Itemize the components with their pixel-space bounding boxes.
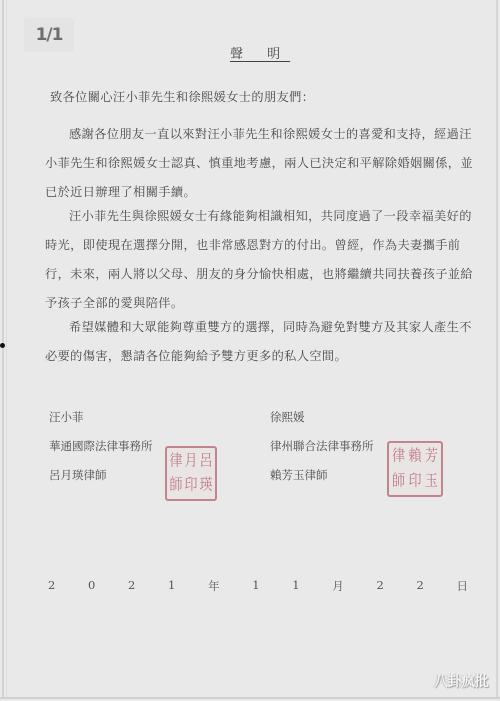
date-char: 1	[252, 578, 259, 594]
paragraph-1: 感謝各位朋友一直以來對汪小菲先生和徐熙媛女士的喜愛和支持，經過汪 小菲先生和徐熙…	[45, 120, 465, 207]
page-edge-left	[2, 0, 4, 698]
paragraph-line: 感謝各位朋友一直以來對汪小菲先生和徐熙媛女士的喜愛和支持，經過汪	[45, 120, 465, 149]
document-title: 聲 明	[230, 43, 290, 62]
page-edge-left-inner	[6, 0, 7, 698]
seal-stamp-right: 律 賴 芳 師 印 玉	[387, 441, 443, 497]
watermark: 八卦疯批	[434, 671, 488, 691]
page-edge-right	[496, 0, 498, 698]
date-char: 年	[208, 578, 220, 594]
date-char: 1	[168, 578, 175, 594]
paragraph-line: 希望媒體和大眾能夠尊重雙方的選擇，同時為避免對雙方及其家人產生不	[45, 313, 465, 342]
salutation: 致各位關心汪小菲先生和徐熙媛女士的朋友們：	[50, 83, 314, 112]
date-char: 2	[128, 578, 135, 594]
signer-firm: 律州聯合法律事務所	[270, 432, 374, 461]
paragraph-line: 時光，即使現在選擇分開，也非常感恩對方的付出。曾經，作為夫妻攜手前	[45, 231, 465, 260]
document-page: 1/1 聲 明 致各位關心汪小菲先生和徐熙媛女士的朋友們： 感謝各位朋友一直以來…	[0, 0, 500, 701]
date-char: 2	[416, 578, 423, 594]
document-date: 2 0 2 1 年 1 1 月 2 2 日	[48, 578, 468, 594]
seal-char: 律	[391, 443, 406, 471]
seal-char: 師	[391, 467, 406, 495]
seal-char: 賴	[407, 443, 422, 471]
paragraph-line: 必要的傷害，懇請各位能夠給予雙方更多的私人空間。	[45, 342, 465, 371]
seal-char: 芳	[424, 443, 439, 471]
date-char: 2	[376, 578, 383, 594]
paragraph-line: 汪小菲先生與徐熙媛女士有緣能夠相識相知，共同度過了一段幸福美好的	[45, 202, 465, 231]
seal-char: 印	[407, 467, 422, 495]
seal-char: 瑛	[199, 472, 213, 500]
signer-lawyer: 呂月瑛律師	[49, 461, 153, 490]
date-char: 1	[292, 578, 299, 594]
date-char: 月	[332, 578, 344, 594]
paragraph-3: 希望媒體和大眾能夠尊重雙方的選擇，同時為避免對雙方及其家人產生不 必要的傷害，懇…	[45, 313, 465, 371]
paragraph-line: 行，未來，兩人將以父母、朋友的身分愉快相處，也將繼續共同扶養孩子並給	[45, 260, 465, 289]
bullet-dot-icon	[0, 343, 5, 348]
paragraph-2: 汪小菲先生與徐熙媛女士有緣能夠相識相知，共同度過了一段幸福美好的 時光，即使現在…	[45, 202, 465, 318]
seal-char: 師	[169, 472, 183, 500]
page-edge-bottom	[0, 697, 500, 699]
page-indicator: 1/1	[24, 18, 74, 52]
signer-lawyer: 賴芳玉律師	[270, 461, 374, 490]
seal-stamp-left: 律 月 呂 師 印 瑛	[165, 446, 217, 501]
signer-right: 徐熙媛 律州聯合法律事務所 賴芳玉律師	[270, 403, 374, 490]
signer-name: 汪小菲	[49, 403, 153, 432]
paragraph-line: 小菲先生和徐熙媛女士認真、慎重地考慮，兩人已決定和平解除婚姻關係，並	[45, 149, 465, 178]
signer-name: 徐熙媛	[270, 403, 374, 432]
seal-char: 印	[184, 472, 198, 500]
seal-char: 玉	[424, 467, 439, 495]
date-char: 日	[457, 578, 469, 594]
date-char: 0	[88, 578, 95, 594]
date-char: 2	[48, 578, 55, 594]
signer-left: 汪小菲 華通國際法律事務所 呂月瑛律師	[49, 403, 153, 490]
signer-firm: 華通國際法律事務所	[49, 432, 153, 461]
